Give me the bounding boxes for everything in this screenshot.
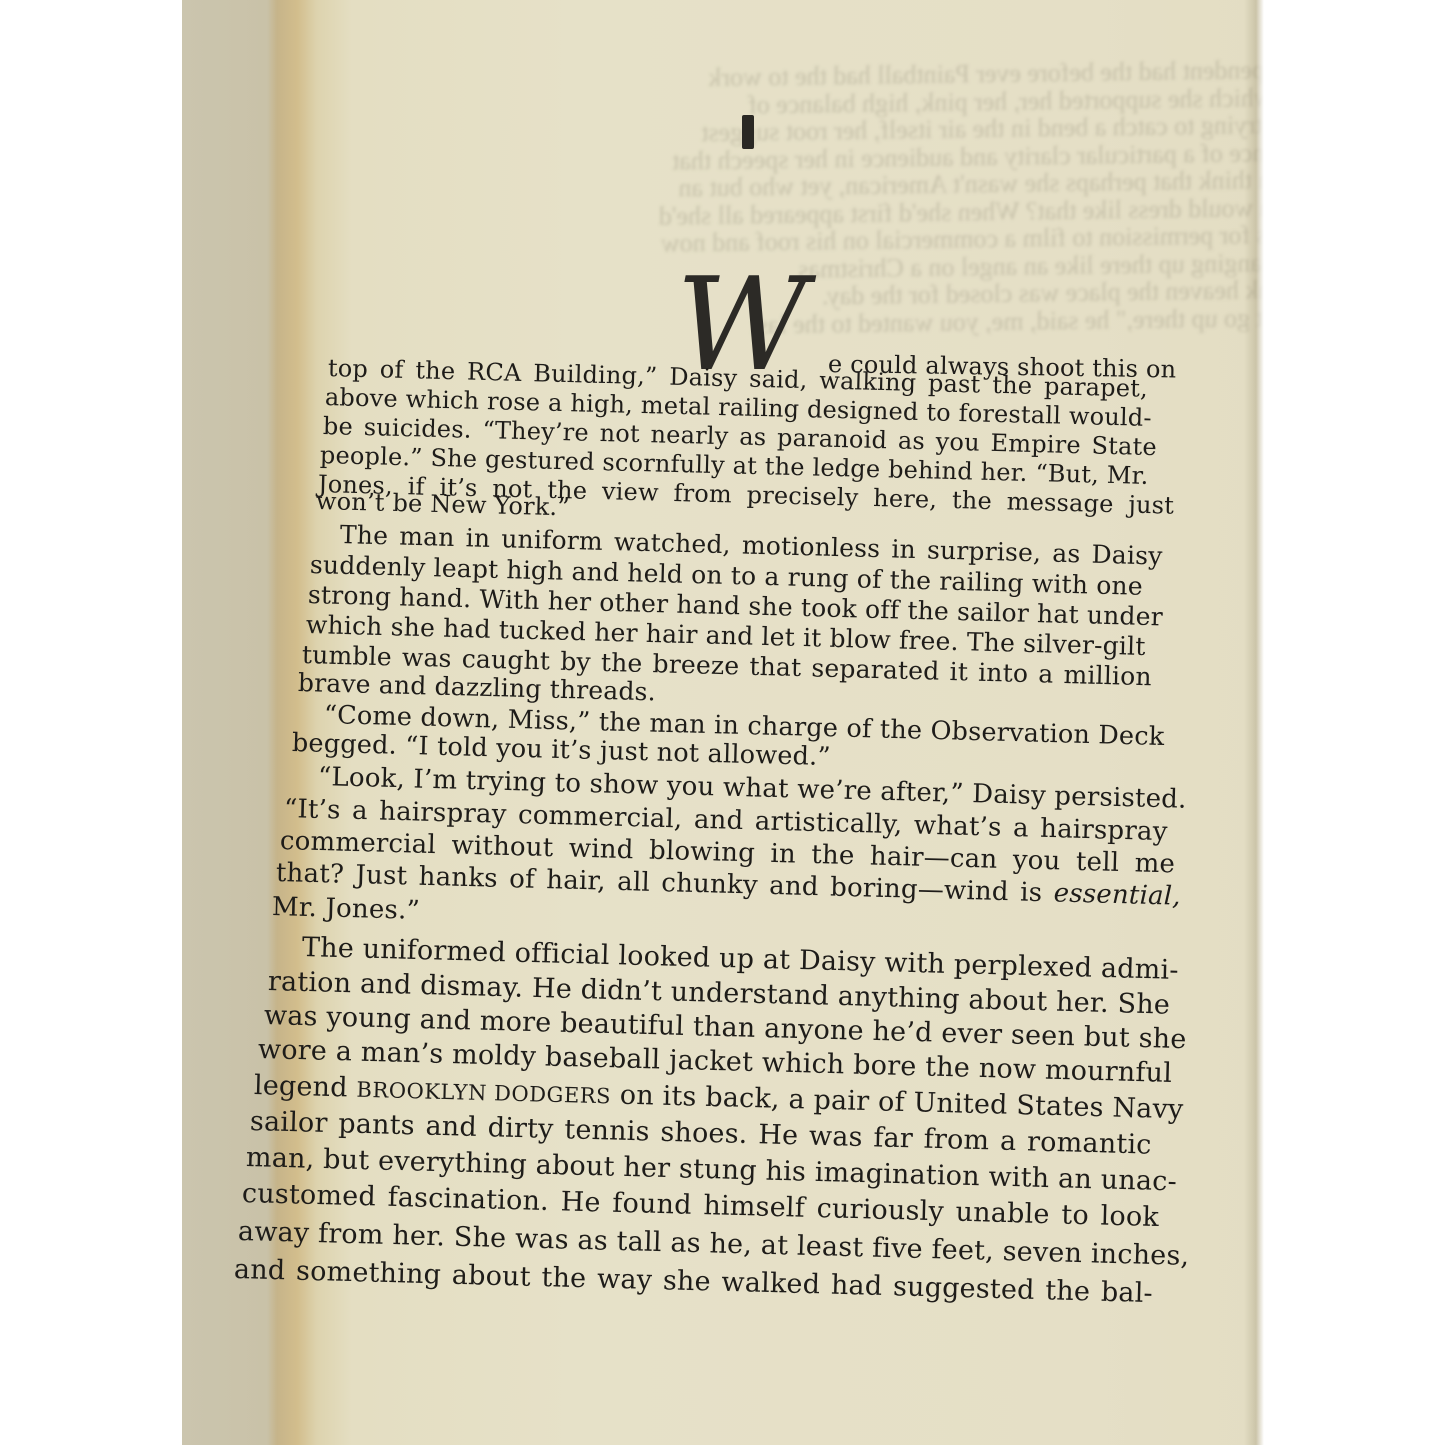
body-text: e could always shoot this on top of the …: [0, 0, 1445, 1445]
italic-word: essential,: [1053, 878, 1181, 911]
text-line: won’t be New York.”: [316, 487, 570, 521]
small-caps-phrase: BROOKLYN DODGERS: [356, 1077, 611, 1109]
text-fragment: legend: [254, 1070, 349, 1103]
text-line: Mr. Jones.”: [272, 892, 421, 926]
